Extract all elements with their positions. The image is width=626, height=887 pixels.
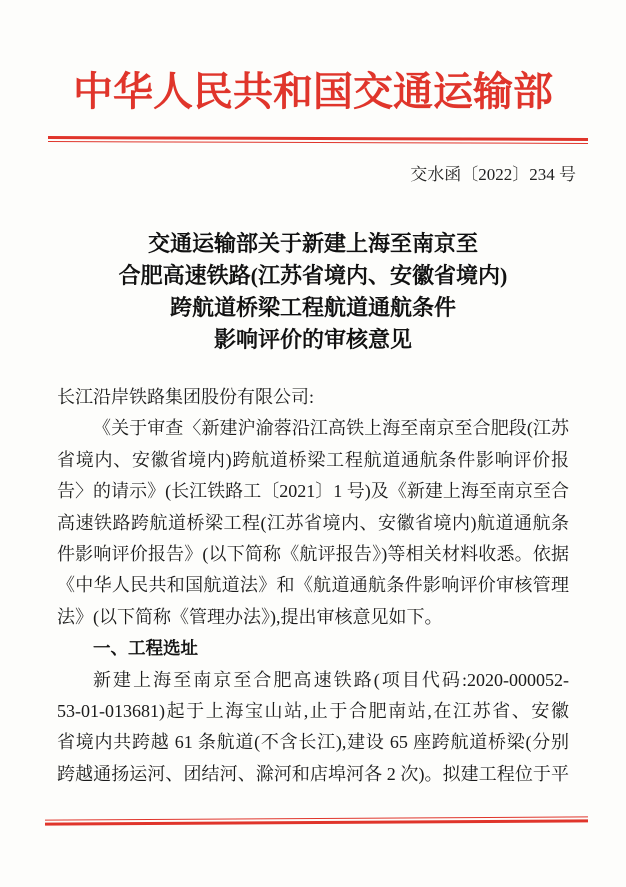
header-divider: [48, 136, 588, 144]
salutation: 长江沿岸铁路集团股份有限公司:: [57, 382, 569, 413]
paragraph2-line-3: 省境内共跨越 61 条航道(不含长江),建设 65 座跨航道桥梁(分别: [57, 727, 569, 758]
paragraph1-line-6: 《中华人民共和国航道法》和《航道通航条件影响评价审核管理办: [57, 570, 569, 601]
paragraph1-line-4: 高速铁路跨航道桥梁工程(江苏省境内、安徽省境内)航道通航条: [57, 508, 569, 539]
paragraph2-line-4: 跨越通扬运河、团结河、滁河和店埠河各 2 次)。拟建工程位于平: [57, 759, 569, 790]
paragraph2-line-1: 新建上海至南京至合肥高速铁路(项目代码:2020-000052-: [57, 665, 569, 696]
ministry-title: 中华人民共和国交通运输部: [0, 60, 626, 117]
paragraph1-line-1: 《关于审查〈新建沪渝蓉沿江高铁上海至南京至合肥段(江苏: [57, 413, 569, 444]
paragraph1-line-2: 省境内、安徽省境内)跨航道桥梁工程航道通航条件影响评价报: [57, 445, 569, 476]
paragraph1-line-7: 法》(以下简称《管理办法》),提出审核意见如下。: [57, 602, 569, 633]
document-number: 交水函〔2022〕234 号: [410, 160, 576, 185]
document-body: 长江沿岸铁路集团股份有限公司: 《关于审查〈新建沪渝蓉沿江高铁上海至南京至合肥段…: [57, 382, 569, 790]
paragraph2-line-2: 53-01-013681)起于上海宝山站,止于合肥南站,在江苏省、安徽: [57, 696, 569, 727]
title-line-2: 合肥高速铁路(江苏省境内、安徽省境内): [0, 260, 626, 292]
paragraph1-line-5: 件影响评价报告》(以下简称《航评报告》)等相关材料收悉。依据: [57, 539, 569, 570]
title-line-4: 影响评价的审核意见: [0, 324, 626, 356]
title-line-1: 交通运输部关于新建上海至南京至: [0, 228, 626, 260]
footer-divider: [45, 816, 588, 825]
section-heading: 一、工程选址: [57, 633, 569, 664]
document-title: 交通运输部关于新建上海至南京至 合肥高速铁路(江苏省境内、安徽省境内) 跨航道桥…: [0, 228, 626, 356]
title-line-3: 跨航道桥梁工程航道通航条件: [0, 292, 626, 324]
paragraph1-line-3: 告〉的请示》(长江铁路工〔2021〕1 号)及《新建上海至南京至合肥: [57, 476, 569, 507]
document-page: 中华人民共和国交通运输部 交水函〔2022〕234 号 交通运输部关于新建上海至…: [0, 0, 626, 887]
